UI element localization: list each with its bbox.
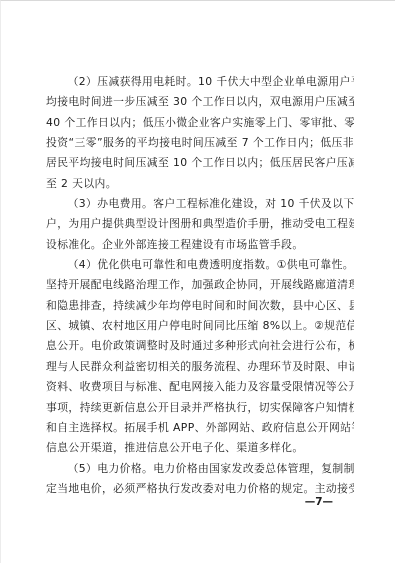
para-5: （5）电力价格。电力价格由国家发改委总体管理，复制制定当地电价，必须严格执行发改… (46, 459, 354, 500)
text-line: 和隐患排查，持续减少年均停电时间和时间次数，县中心区、县 (46, 296, 354, 316)
text-line: 40 个工作日以内；低压小微企业客户实施零上门、零审批、零 (46, 113, 354, 133)
document-content: （2）压减获得用电耗时。10 千伏大中型企业单电源用户平均接电时间进一步压减至 … (46, 72, 354, 499)
text-line: 资料、收费项目与标准、配电网接入能力及容量受限情况等公开 (46, 377, 354, 397)
text-line: （2）压减获得用电耗时。10 千伏大中型企业单电源用户平 (46, 72, 354, 92)
text-line: 事项，持续更新信息公开目录并严格执行，切实保障客户知情权 (46, 398, 354, 418)
document-page: （2）压减获得用电耗时。10 千伏大中型企业单电源用户平均接电时间进一步压减至 … (0, 0, 395, 563)
text-line: 均接电时间进一步压减至 30 个工作日以内，双电源用户压减至 (46, 92, 354, 112)
text-line: 设标准化。企业外部连接工程建设有市场监管手段。 (46, 235, 354, 255)
text-line: 和自主选择权。拓展手机 APP、外部网站、政府信息公开网站等 (46, 418, 354, 438)
text-line: （4）优化供电可靠性和电费透明度指数。①供电可靠性。 (46, 255, 354, 275)
text-line: 息公开。电价政策调整时及时通过多种形式向社会进行公布，梳 (46, 336, 354, 356)
text-line: 坚持开展配电线路治理工作，加强政企协同，开展线路廊道清理 (46, 275, 354, 295)
text-line: 投资“三零”服务的平均接电时间压减至 7 个工作日内；低压非 (46, 133, 354, 153)
text-line: （3）办电费用。客户工程标准化建设，对 10 千伏及以下客 (46, 194, 354, 214)
para-2: （2）压减获得用电耗时。10 千伏大中型企业单电源用户平均接电时间进一步压减至 … (46, 72, 354, 194)
text-line: 居民平均接电时间压减至 10 个工作日以内；低压居民客户压减 (46, 153, 354, 173)
text-line: 户，为用户提供典型设计图册和典型造价手册，推动受电工程建 (46, 214, 354, 234)
text-line: 理与人民群众利益密切相关的服务流程、办理环节及时限、申请 (46, 357, 354, 377)
text-line: 信息公开渠道，推进信息公开电子化、渠道多样化。 (46, 438, 354, 458)
text-line: 至 2 天以内。 (46, 174, 354, 194)
text-line: （5）电力价格。电力价格由国家发改委总体管理，复制制 (46, 459, 354, 479)
para-3: （3）办电费用。客户工程标准化建设，对 10 千伏及以下客户，为用户提供典型设计… (46, 194, 354, 255)
text-line: 区、城镇、农村地区用户停电时间同比压缩 8%以上。②规范信 (46, 316, 354, 336)
page-number: —7— (46, 496, 354, 508)
para-4: （4）优化供电可靠性和电费透明度指数。①供电可靠性。坚持开展配电线路治理工作，加… (46, 255, 354, 458)
